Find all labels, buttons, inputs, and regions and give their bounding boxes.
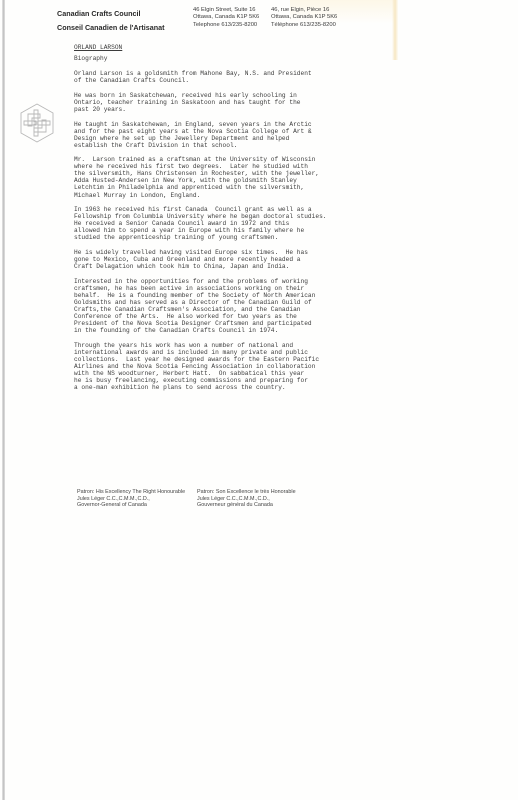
document-page: Canadian Crafts Council Conseil Canadien… — [0, 0, 518, 800]
text-line: establish the Craft Division in that sch… — [74, 142, 374, 149]
text-line: past 20 years. — [74, 106, 374, 113]
address-line: 46, rue Elgin, Pièce 16 — [271, 7, 337, 14]
text-line: gone to Mexico, Cuba and Greenland and m… — [74, 256, 374, 263]
text-line: where he received his first two degrees.… — [74, 163, 374, 170]
org-name-english: Canadian Crafts Council — [57, 9, 140, 18]
address-french: 46, rue Elgin, Pièce 16 Ottawa, Canada K… — [271, 7, 337, 29]
text-line: Mr. Larson trained as a craftsman at the… — [74, 156, 374, 163]
text-line: and for the past eight years at the Nova… — [74, 128, 374, 135]
interlocking-hexagon-logo-icon — [16, 102, 58, 144]
paragraph: Interested in the opportunities for and … — [74, 278, 374, 334]
text-line: Orland Larson is a goldsmith from Mahone… — [74, 70, 374, 77]
text-line: the silversmith, Hans Christensen in Roc… — [74, 170, 374, 177]
address-line: Telephone 613/235-8200 — [193, 22, 259, 29]
paragraph: He is widely travelled having visited Eu… — [74, 249, 374, 270]
address-english: 46 Elgin Street, Suite 16 Ottawa, Canada… — [193, 7, 259, 29]
paragraph: In 1963 he received his first Canada Cou… — [74, 206, 374, 241]
text-line: of the Canadian Crafts Council. — [74, 77, 374, 84]
address-line: Ottawa, Canada K1P 5K6 — [271, 14, 337, 21]
biography-body: ORLAND LARSON Biography Orland Larson is… — [74, 44, 374, 399]
document-subtitle: Biography — [74, 55, 374, 62]
text-line: behalf. He is a founding member of the S… — [74, 292, 374, 299]
paper-fold-shadow — [392, 0, 398, 60]
text-line: a one-man exhibition he plans to send ac… — [74, 384, 374, 391]
text-line: In 1963 he received his first Canada Cou… — [74, 206, 374, 213]
text-line: craftsmen, he has been active in associa… — [74, 285, 374, 292]
text-line: Interested in the opportunities for and … — [74, 278, 374, 285]
text-line: He was born in Saskatchewan, received hi… — [74, 92, 374, 99]
text-line: President of the Nova Scotia Designer Cr… — [74, 320, 374, 327]
text-line: Airlines and the Nova Scotia Fencing Ass… — [74, 363, 374, 370]
address-line: Ottawa, Canada K1P 5K6 — [193, 14, 259, 21]
org-name-french: Conseil Canadien de l'Artisanat — [57, 23, 165, 32]
address-line: Téléphone 613/235-8200 — [271, 22, 337, 29]
text-line: international awards and is included in … — [74, 349, 374, 356]
scan-edge-artifact — [2, 0, 5, 800]
text-line: He is widely travelled having visited Eu… — [74, 249, 374, 256]
text-line: with the NS woodturner, Herbert Hatt. On… — [74, 370, 374, 377]
address-line: 46 Elgin Street, Suite 16 — [193, 7, 259, 14]
text-line: Letchtim in Philadelphia and apprenticed… — [74, 184, 374, 191]
text-line: Design where he set up the Jewellery Dep… — [74, 135, 374, 142]
patron-line: Patron: Son Excellence le très Honorable — [197, 489, 296, 496]
paragraph: He taught in Saskatchewan, in England, s… — [74, 121, 374, 149]
text-line: allowed him to spend a year in Europe wi… — [74, 227, 374, 234]
text-line: he is busy freelancing, executing commis… — [74, 377, 374, 384]
text-line: Ontario, teacher training in Saskatoon a… — [74, 99, 374, 106]
patron-line: Governor-General of Canada — [77, 502, 185, 509]
paragraph: Through the years his work has won a num… — [74, 342, 374, 391]
text-line: studied the apprenticeship training of y… — [74, 234, 374, 241]
patron-line: Jules Léger C.C.,C.M.M.,C.D., — [77, 496, 185, 503]
patron-line: Jules Léger C.C.,C.M.M.,C.D., — [197, 496, 296, 503]
text-line: Through the years his work has won a num… — [74, 342, 374, 349]
text-line: Crafts,the Canadian Craftsmen's Associat… — [74, 306, 374, 313]
patron-english: Patron: His Excellency The Right Honoura… — [77, 489, 185, 509]
text-line: He taught in Saskatchewan, in England, s… — [74, 121, 374, 128]
text-line: Fellowship from Columbia University wher… — [74, 213, 374, 220]
text-line: Conference of the Arts. He also worked f… — [74, 313, 374, 320]
paragraph: He was born in Saskatchewan, received hi… — [74, 92, 374, 113]
subject-name: ORLAND LARSON — [74, 44, 374, 51]
paragraph: Orland Larson is a goldsmith from Mahone… — [74, 70, 374, 84]
patron-french: Patron: Son Excellence le très Honorable… — [197, 489, 296, 509]
paragraph-list: Orland Larson is a goldsmith from Mahone… — [74, 70, 374, 391]
text-line: Michael Murray in London, England. — [74, 192, 374, 199]
text-line: Adda Husted-Andersen in New York, with t… — [74, 177, 374, 184]
text-line: Craft Delagation which took him to China… — [74, 263, 374, 270]
patron-line: Patron: His Excellency The Right Honoura… — [77, 489, 185, 496]
text-line: He received a Senior Canada Council awar… — [74, 220, 374, 227]
patron-line: Gouverneur général du Canada — [197, 502, 296, 509]
text-line: in the founding of the Canadian Crafts C… — [74, 327, 374, 334]
text-line: collections. Last year he designed award… — [74, 356, 374, 363]
paragraph: Mr. Larson trained as a craftsman at the… — [74, 156, 374, 198]
text-line: Goldsmiths and has served as a Director … — [74, 299, 374, 306]
